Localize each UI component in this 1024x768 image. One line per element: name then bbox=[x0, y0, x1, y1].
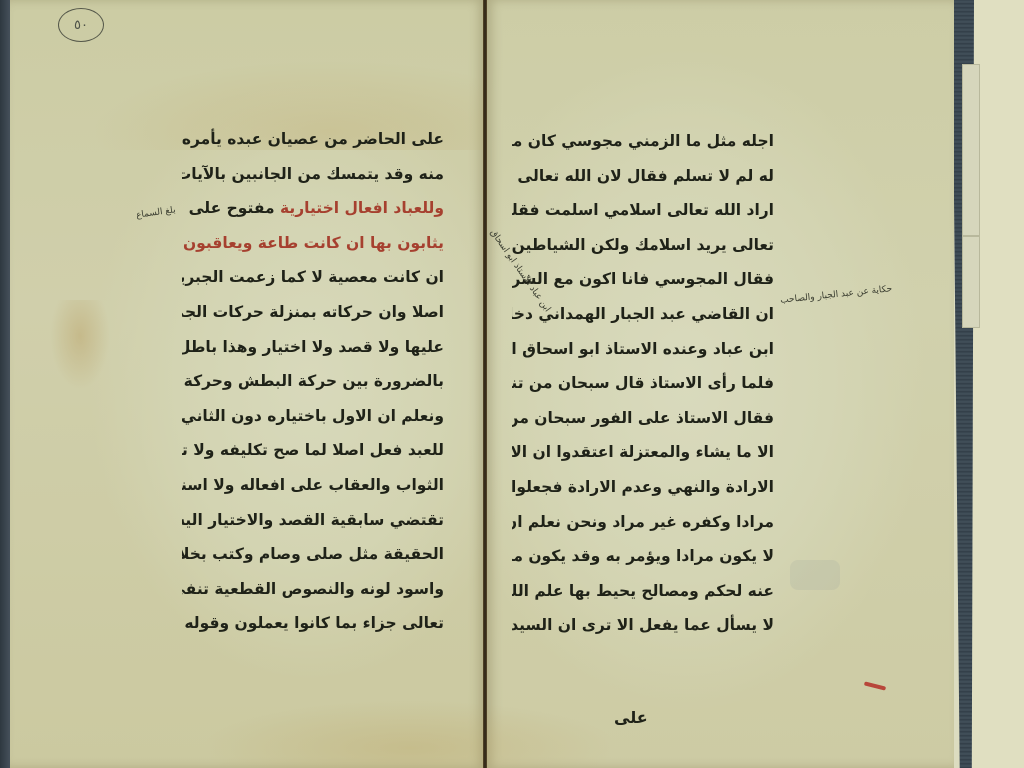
folio-number: ٥٠ bbox=[58, 8, 104, 42]
text-line: ان كانت معصية لا كما زعمت الجبرية انه لا… bbox=[182, 260, 444, 295]
text-line: منه وقد يتمسك من الجانبين بالآيات وباب ا… bbox=[182, 157, 444, 192]
text-line: الارادة والنهي وعدم الارادة فجعلوا ايمان… bbox=[512, 470, 774, 505]
text-line: على الحاضر من عصيان عبده يأمره بالنهي ول… bbox=[182, 122, 444, 157]
text-line: لا يكون مرادا ويؤمر به وقد يكون مرادا وي… bbox=[512, 539, 774, 574]
text-line-partial-red: وللعباد افعال اختيارية مفتوح على الفريقي… bbox=[182, 191, 444, 226]
text-line: له لم لا تسلم فقال لان الله تعالى لم يرد… bbox=[512, 159, 774, 194]
text-line: تعالى يريد اسلامك ولكن الشياطين لا يتركو… bbox=[512, 228, 774, 263]
text-line: اصلا وان حركاته بمنزلة حركات الجمادات لا… bbox=[182, 295, 444, 330]
water-stain bbox=[200, 700, 620, 768]
text-line: للعبد فعل اصلا لما صح تكليفه ولا ترتب اس… bbox=[182, 433, 444, 468]
rubric-phrase: وللعباد افعال اختيارية bbox=[280, 199, 444, 217]
text-line: بالضرورة بين حركة البطش وحركة الارتعاش bbox=[182, 364, 444, 399]
paper-repair-strip bbox=[962, 64, 980, 236]
rubric-line: يثابون بها ان كانت طاعة ويعاقبون عليها bbox=[182, 226, 444, 261]
text-line: اجله مثل ما الزمني مجوسي كان معي في السف… bbox=[512, 124, 774, 159]
text-line: ان القاضي عبد الجبار الهمداني دخل على ال… bbox=[512, 297, 774, 332]
manuscript-photo: ٥٠ على الحاضر من عصيان عبده يأمره بالنهي… bbox=[0, 0, 1024, 768]
text-line: عليها ولا قصد ولا اختيار وهذا باطل لانا … bbox=[182, 330, 444, 365]
text-line: ابن عباد وعنده الاستاذ ابو اسحاق الاسفرا… bbox=[512, 332, 774, 367]
text-line: لا يسأل عما يفعل الا ترى ان السيد اذا ار… bbox=[512, 608, 774, 643]
text-line: واسود لونه والنصوص القطعية تنفي ذلك كقول… bbox=[182, 572, 444, 607]
text-line: الثواب والعقاب على افعاله ولا اسناد الاف… bbox=[182, 468, 444, 503]
text-line: الا ما يشاء والمعتزلة اعتقدوا ان الامر ي… bbox=[512, 435, 774, 470]
text-line: تقتضي سابقية القصد والاختيار اليه على سب… bbox=[182, 503, 444, 538]
text-line: تعالى جزاء بما كانوا يعملون وقوله تعالى … bbox=[182, 606, 444, 641]
text-line: ونعلم ان الاول باختياره دون الثاني ولانه… bbox=[182, 399, 444, 434]
text-line: عنه لحكم ومصالح يحيط بها علم الله تعالى … bbox=[512, 574, 774, 609]
right-page-text: اجله مثل ما الزمني مجوسي كان معي في السف… bbox=[512, 124, 774, 643]
text-line: مرادا وكفره غير مراد ونحن نعلم ان الشيء … bbox=[512, 505, 774, 540]
text-line: فقال المجوسي فانا اكون مع الشريك الاغلب … bbox=[512, 262, 774, 297]
catchword: على bbox=[614, 708, 648, 727]
book-gutter bbox=[483, 0, 487, 768]
text-line: فقال الاستاذ على الفور سبحان من لا يجري … bbox=[512, 401, 774, 436]
left-page-text: على الحاضر من عصيان عبده يأمره بالنهي ول… bbox=[182, 122, 444, 641]
faint-stamp bbox=[790, 560, 840, 590]
text-line: اراد الله تعالى اسلامي اسلمت فقلت للمجوس… bbox=[512, 193, 774, 228]
paper-repair-strip bbox=[962, 236, 980, 328]
text-line: فلما رأى الاستاذ قال سبحان من تنزه عن ال… bbox=[512, 366, 774, 401]
water-stain bbox=[50, 300, 110, 390]
folio-number-text: ٥٠ bbox=[74, 18, 88, 33]
text-line: الحقيقة مثل صلى وصام وكتب بخلاف مثل طال … bbox=[182, 537, 444, 572]
